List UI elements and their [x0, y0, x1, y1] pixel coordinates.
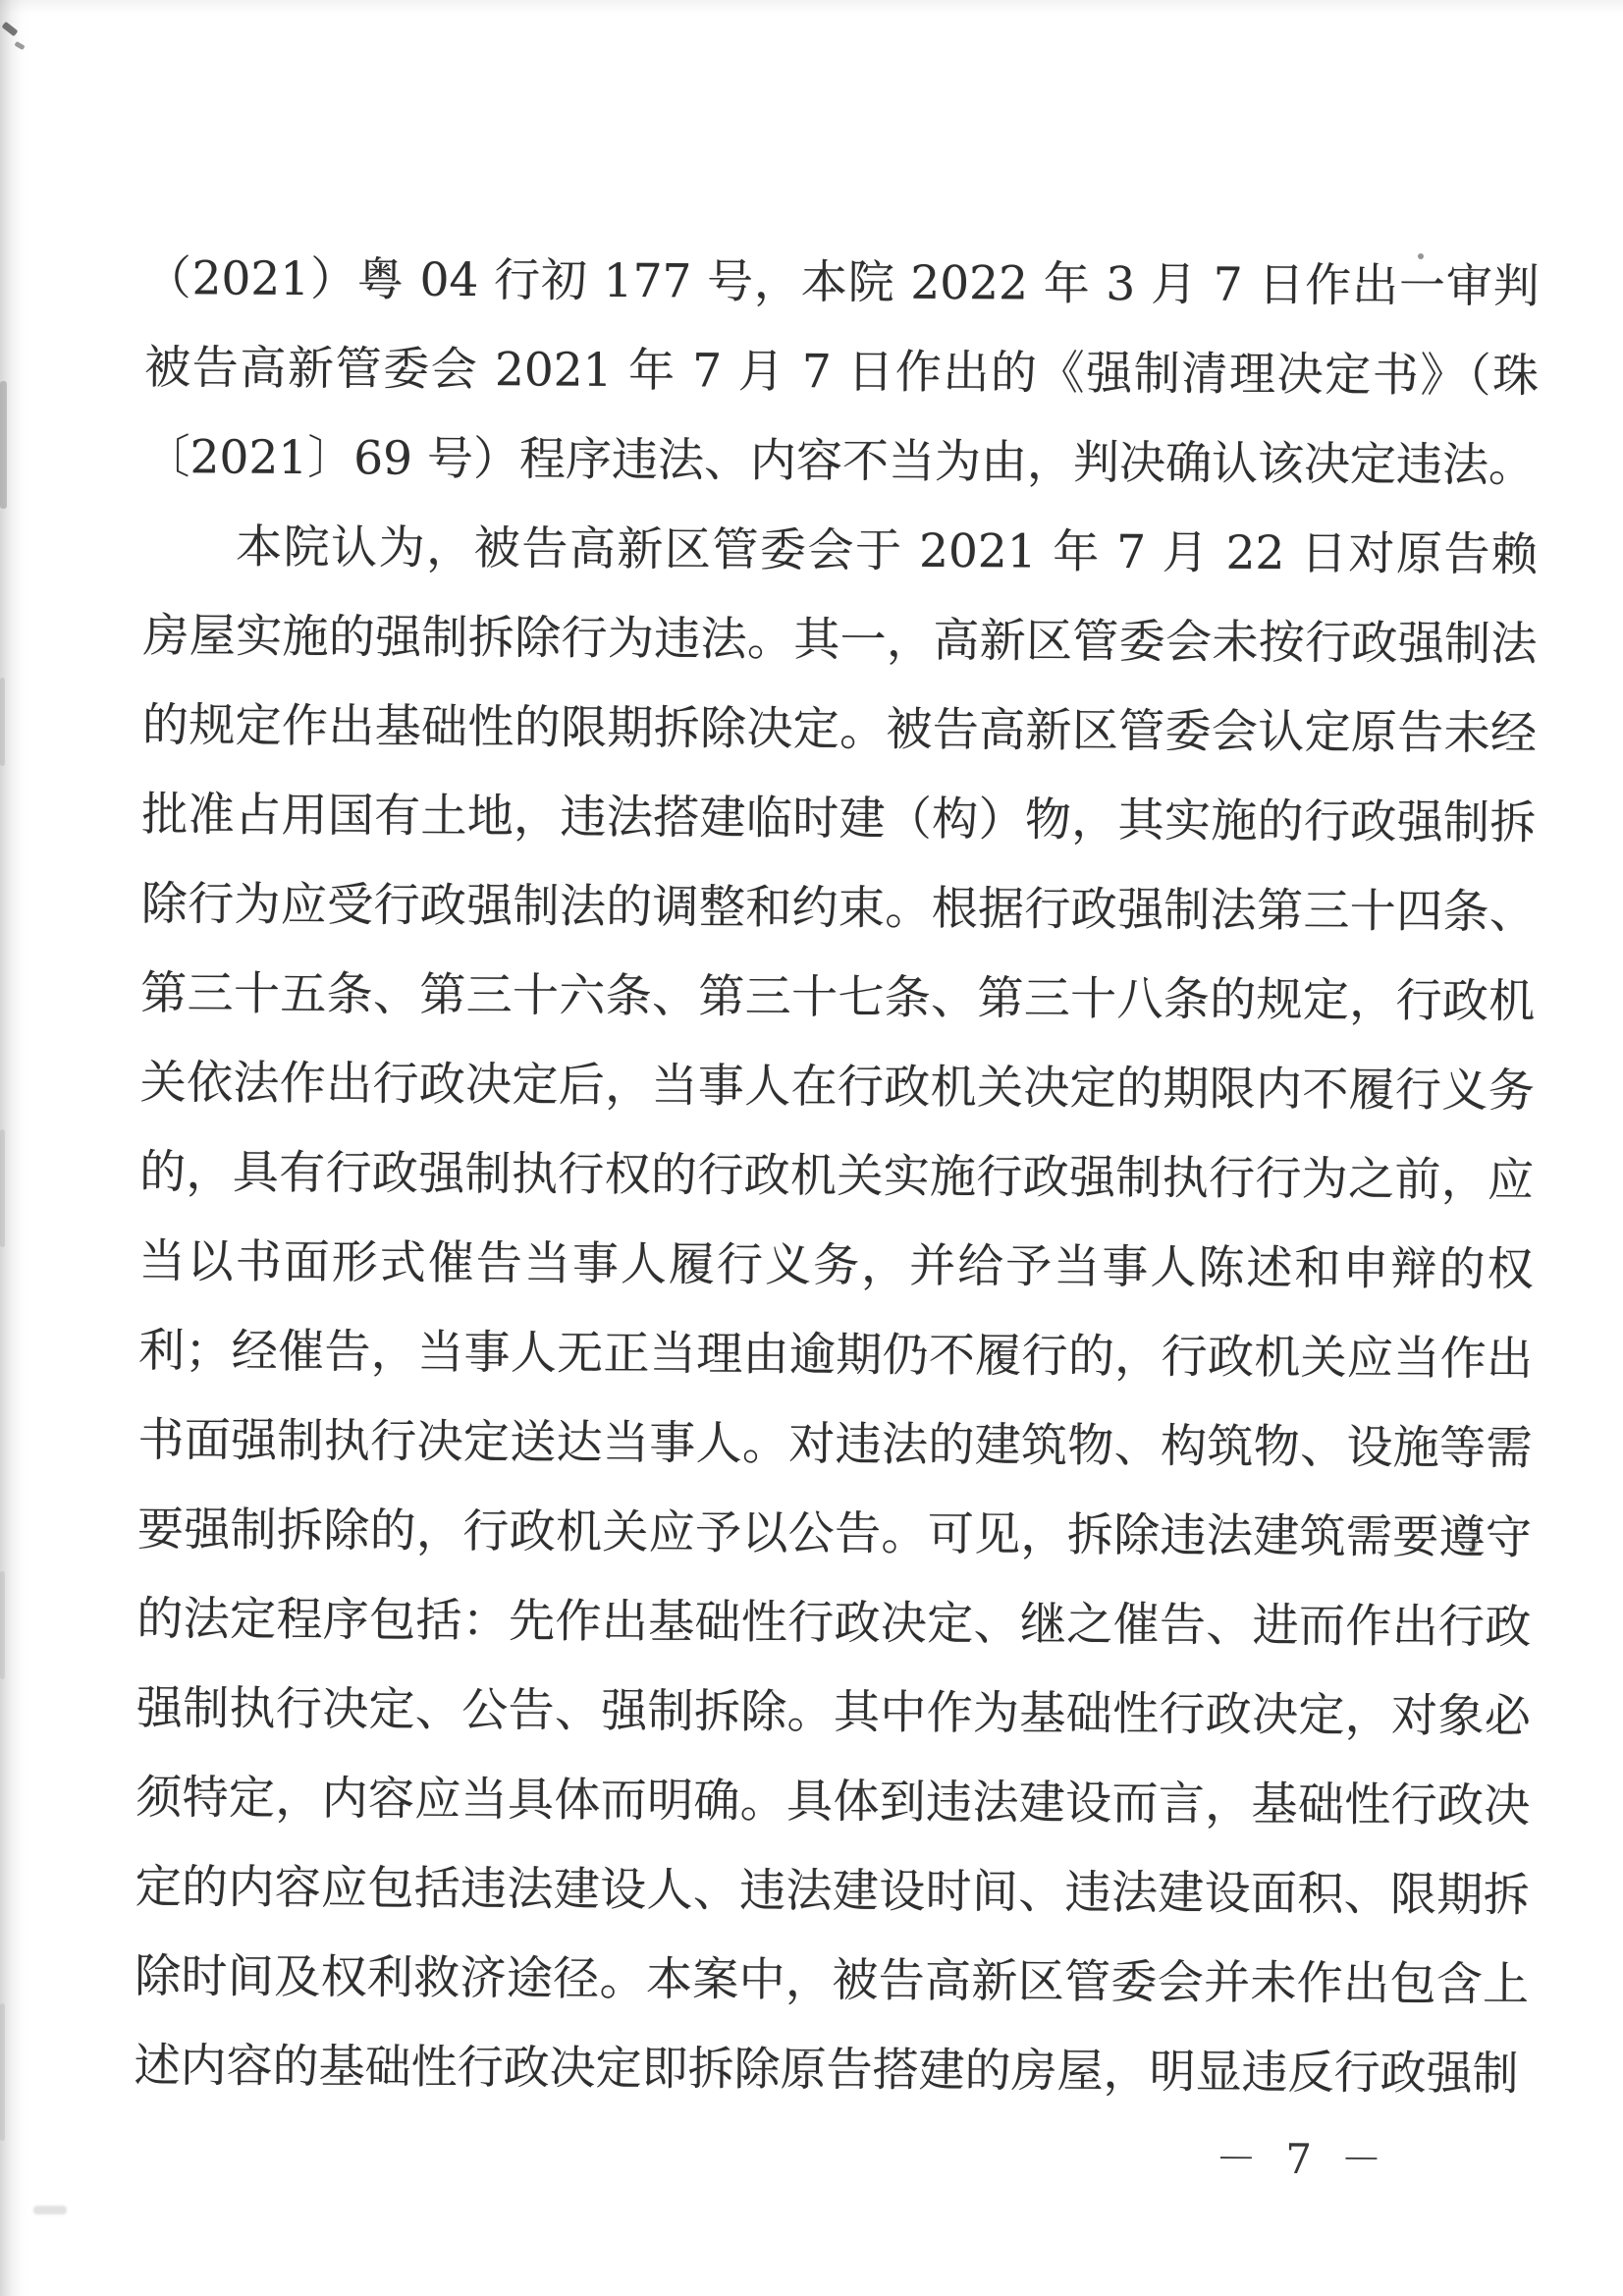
- text-line: 批准占用国有土地，违法搭建临时建（构）物，其实施的行政强制拆: [141, 770, 1537, 868]
- text-line: 本院认为，被告高新区管委会于 2021 年 7 月 22 日对原告赖茂的: [143, 502, 1539, 600]
- text-line: 除时间及权利救济途径。本案中，被告高新区管委会并未作出包含上: [135, 1932, 1530, 2030]
- text-line: 定的内容应包括违法建设人、违法建设时间、违法建设面积、限期拆: [135, 1842, 1530, 1941]
- scan-artifact: [0, 381, 7, 509]
- judgment-body-text: （2021）粤 04 行初 177 号，本院 2022 年 3 月 7 日作出一…: [134, 234, 1540, 2119]
- text-line: 的，具有行政强制执行权的行政机关实施行政强制执行行为之前，应: [139, 1127, 1535, 1226]
- text-line: 第三十五条、第三十六条、第三十七条、第三十八条的规定，行政机: [140, 949, 1536, 1047]
- scanned-document-page: （2021）粤 04 行初 177 号，本院 2022 年 3 月 7 日作出一…: [0, 0, 1623, 2296]
- text-line: 利；经催告，当事人无正当理由逾期仍不履行的，行政机关应当作出: [138, 1306, 1534, 1404]
- text-line: 除行为应受行政强制法的调整和约束。根据行政强制法第三十四条、: [141, 859, 1537, 957]
- text-line: （2021）粤 04 行初 177 号，本院 2022 年 3 月 7 日作出一…: [144, 234, 1540, 332]
- text-line: 强制执行决定、公告、强制拆除。其中作为基础性行政决定，对象必: [136, 1664, 1532, 1762]
- text-line: 的规定作出基础性的限期拆除决定。被告高新区管委会认定原告未经: [142, 681, 1538, 779]
- scan-artifact: [14, 41, 25, 50]
- text-line: 要强制拆除的，行政机关应予以公告。可见，拆除违法建筑需要遵守: [137, 1485, 1533, 1583]
- text-line: 房屋实施的强制拆除行为违法。其一，高新区管委会未按行政强制法: [142, 591, 1538, 689]
- page-number: － 7 －: [1216, 2127, 1390, 2187]
- text-line: 〔2021〕69 号）程序违法、内容不当为由，判决确认该决定违法。: [143, 412, 1539, 511]
- scan-artifact: [0, 2003, 5, 2141]
- text-line: 的法定程序包括：先作出基础性行政决定、继之催告、进而作出行政: [136, 1574, 1532, 1672]
- text-line: 当以书面形式催告当事人履行义务，并给予当事人陈述和申辩的权: [138, 1217, 1534, 1315]
- text-line: 关依法作出行政决定后，当事人在行政机关决定的期限内不履行义务: [139, 1038, 1535, 1136]
- scan-edge-shadow-top: [0, 0, 1623, 14]
- scan-artifact: [0, 678, 5, 766]
- scan-artifact: [33, 2206, 67, 2214]
- text-line: 须特定，内容应当具体而明确。具体到违法建设而言，基础性行政决: [135, 1753, 1531, 1851]
- scan-artifact: [2, 22, 19, 36]
- scan-artifact: [0, 1571, 5, 1679]
- text-line: 述内容的基础性行政决定即拆除原告搭建的房屋，明显违反行政强制: [134, 2021, 1529, 2119]
- scan-artifact: [0, 1129, 5, 1247]
- text-line: 书面强制执行决定送达当事人。对违法的建筑物、构筑物、设施等需: [137, 1395, 1533, 1494]
- scan-edge-shadow-left: [0, 0, 29, 2296]
- text-line: 被告高新管委会 2021 年 7 月 7 日作出的《强制清理决定书》（珠高笺: [144, 323, 1540, 421]
